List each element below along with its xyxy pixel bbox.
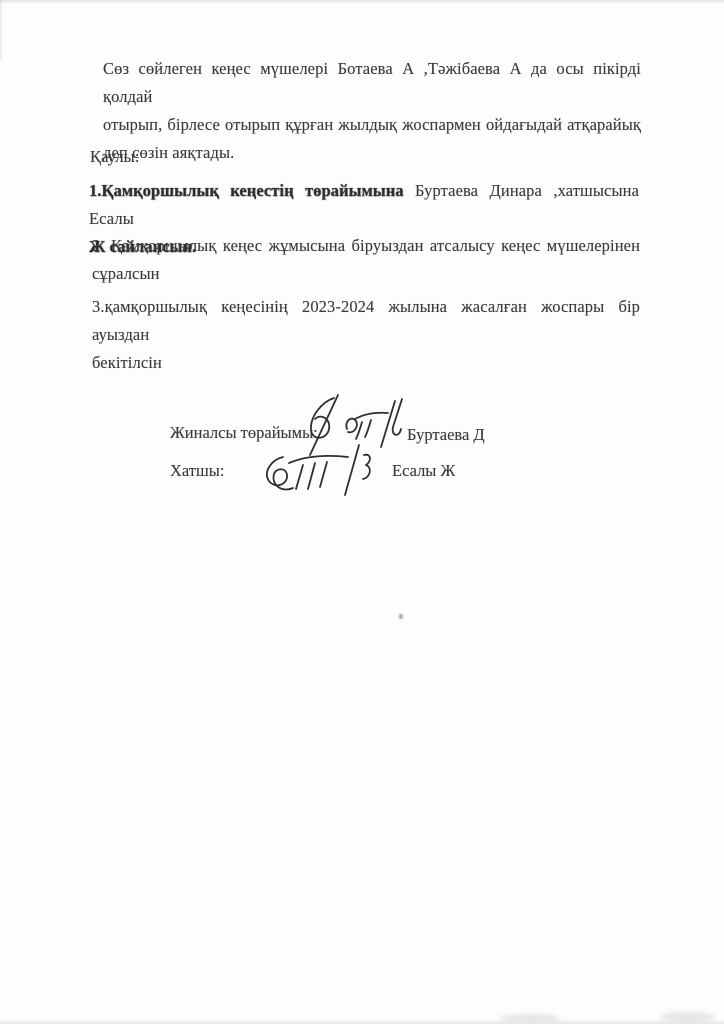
resolution-item-2-line: сұралсын bbox=[92, 260, 640, 288]
speech-paragraph-line: Сөз сөйлеген кеңес мүшелері Ботаева А ,Т… bbox=[103, 55, 641, 111]
secretary-signature-label: Хатшы: bbox=[170, 458, 224, 484]
resolution-item-3-line: бекітілсін bbox=[92, 349, 640, 377]
scan-edge-left bbox=[0, 0, 3, 60]
ink-speck-artifact bbox=[399, 614, 403, 619]
speech-paragraph-line: деп сөзін аяқтады. bbox=[103, 139, 641, 167]
resolution-item-3: 3.қамқоршылық кеңесінің 2023-2024 жылына… bbox=[92, 293, 640, 377]
scan-edge-bottom bbox=[0, 1019, 724, 1024]
scan-edge-top bbox=[0, 0, 724, 4]
resolution-heading: Қаулы: bbox=[90, 143, 140, 171]
speech-paragraph: Сөз сөйлеген кеңес мүшелері Ботаева А ,Т… bbox=[103, 55, 641, 167]
resolution-item-2: 2. Қамқоршылық кеңес жұмысына біруыздан … bbox=[92, 232, 640, 288]
secretary-signature bbox=[258, 443, 376, 498]
scanned-document-page: Сөз сөйлеген кеңес мүшелері Ботаева А ,Т… bbox=[0, 0, 724, 1024]
resolution-item-3-line: 3.қамқоршылық кеңесінің 2023-2024 жылына… bbox=[92, 293, 640, 349]
chair-signature-name: Буртаева Д bbox=[407, 422, 485, 448]
secretary-signature-name: Есалы Ж bbox=[392, 458, 455, 484]
resolution-item-2-line: 2. Қамқоршылық кеңес жұмысына біруыздан … bbox=[92, 232, 640, 260]
resolution-item-1-bold-lead: 1.Қамқоршылық кеңестің төрайымына bbox=[89, 181, 404, 200]
scan-smudge bbox=[500, 1014, 560, 1022]
scan-smudge bbox=[660, 1012, 715, 1022]
speech-paragraph-line: отырып, бірлесе отырып құрған жылдық жос… bbox=[103, 111, 641, 139]
resolution-item-1-line: 1.Қамқоршылық кеңестің төрайымына Буртае… bbox=[89, 177, 639, 233]
